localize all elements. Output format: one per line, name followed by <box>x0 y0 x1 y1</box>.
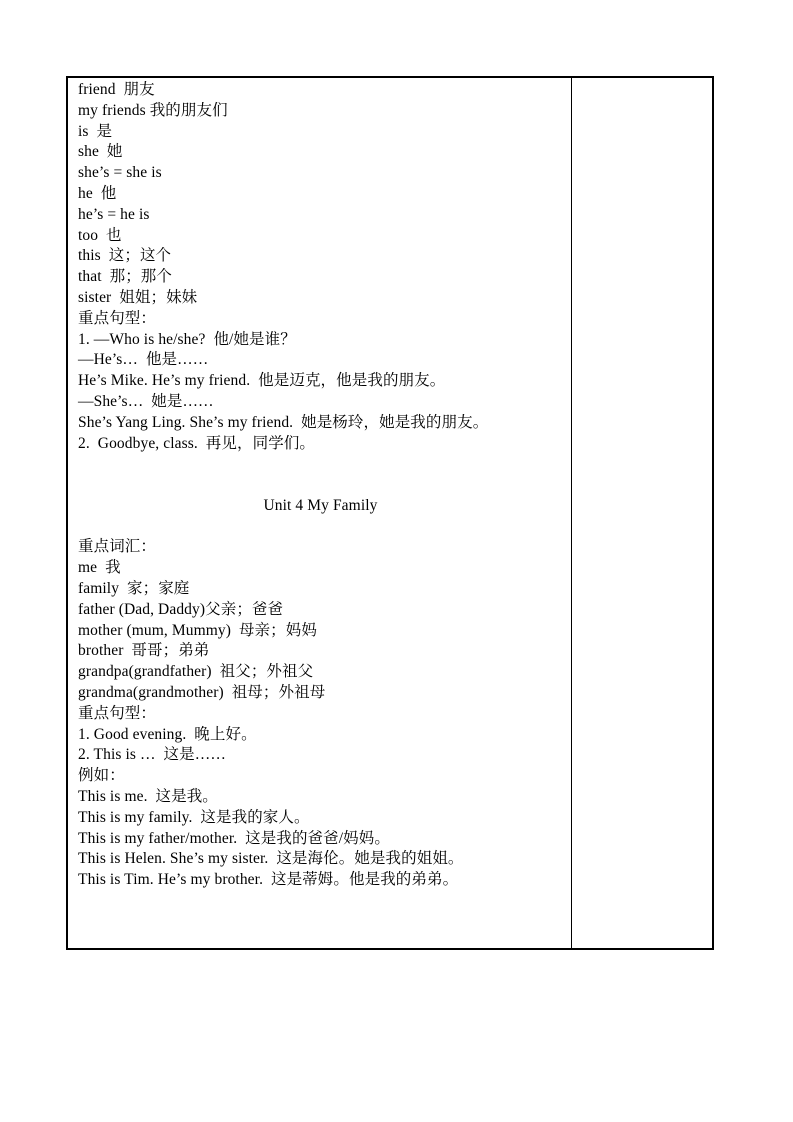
text-line: this 这；这个 <box>78 246 563 267</box>
text-line: 2. Goodbye, class. 再见，同学们。 <box>78 434 563 455</box>
text-line: 1. Good evening. 晚上好。 <box>78 725 563 746</box>
blank-line <box>78 475 563 496</box>
text-line: grandma(grandmother) 祖母；外祖母 <box>78 683 563 704</box>
text-line: my friends 我的朋友们 <box>78 101 563 122</box>
text-line: she 她 <box>78 142 563 163</box>
text-line: brother 哥哥；弟弟 <box>78 641 563 662</box>
text-line: grandpa(grandfather) 祖父；外祖父 <box>78 662 563 683</box>
section-heading: 重点句型： <box>78 309 563 330</box>
text-line: family 家；家庭 <box>78 579 563 600</box>
text-line: friend 朋友 <box>78 80 563 101</box>
text-line: She’s Yang Ling. She’s my friend. 她是杨玲，她… <box>78 413 563 434</box>
text-line: me 我 <box>78 558 563 579</box>
unit-title: Unit 4 My Family <box>78 496 563 517</box>
text-line: sister 姐姐；妹妹 <box>78 288 563 309</box>
section-heading: 重点句型： <box>78 704 563 725</box>
section-heading: 例如： <box>78 766 563 787</box>
text-line: too 也 <box>78 226 563 247</box>
blank-line <box>78 454 563 475</box>
text-line: she’s = she is <box>78 163 563 184</box>
text-line: he’s = he is <box>78 205 563 226</box>
text-line: 2. This is … 这是…… <box>78 745 563 766</box>
text-line: mother (mum, Mummy) 母亲；妈妈 <box>78 621 563 642</box>
text-line: 1. —Who is he/she? 他/她是谁？ <box>78 330 563 351</box>
text-line: This is Helen. She’s my sister. 这是海伦。她是我… <box>78 849 563 870</box>
text-line: This is Tim. He’s my brother. 这是蒂姆。他是我的弟… <box>78 870 563 891</box>
text-line: is 是 <box>78 122 563 143</box>
text-line: —He’s… 他是…… <box>78 350 563 371</box>
document-page: friend 朋友 my friends 我的朋友们 is 是 she 她 sh… <box>0 0 793 1122</box>
text-line: This is my father/mother. 这是我的爸爸/妈妈。 <box>78 829 563 850</box>
text-line: that 那；那个 <box>78 267 563 288</box>
content-table: friend 朋友 my friends 我的朋友们 is 是 she 她 sh… <box>66 76 714 950</box>
vocabulary-cell: friend 朋友 my friends 我的朋友们 is 是 she 她 sh… <box>68 78 572 948</box>
section-heading: 重点词汇： <box>78 537 563 558</box>
text-line: This is me. 这是我。 <box>78 787 563 808</box>
notes-cell <box>572 78 712 948</box>
text-line: He’s Mike. He’s my friend. 他是迈克，他是我的朋友。 <box>78 371 563 392</box>
blank-line <box>78 517 563 538</box>
text-line: father (Dad, Daddy)父亲；爸爸 <box>78 600 563 621</box>
text-line: —She’s… 她是…… <box>78 392 563 413</box>
text-line: This is my family. 这是我的家人。 <box>78 808 563 829</box>
text-line: he 他 <box>78 184 563 205</box>
